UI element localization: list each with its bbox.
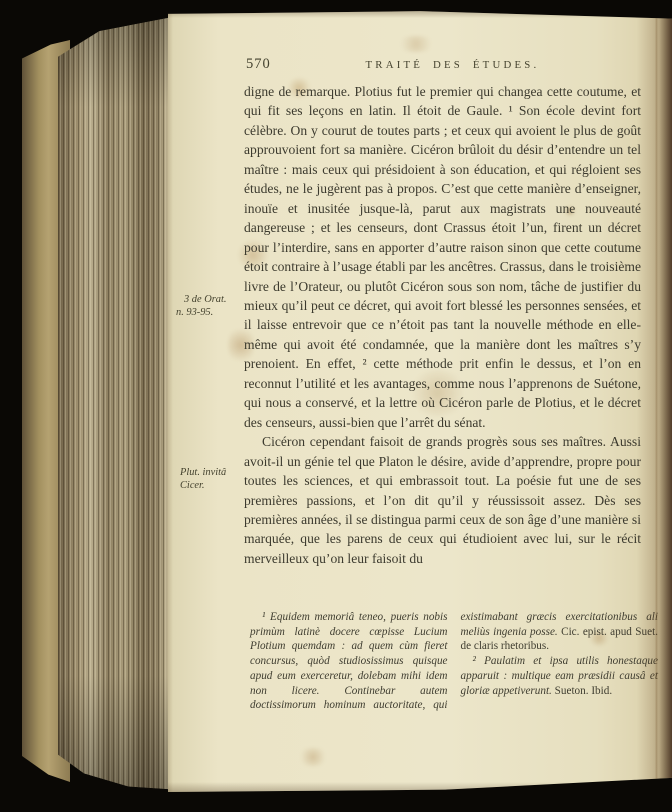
page-header: 570 TRAITÉ DES ÉTUDES. <box>244 56 640 76</box>
foxing-stain <box>298 748 328 766</box>
footnotes: ¹ Equidem memoriâ teneo, pueris nobis pr… <box>250 610 658 713</box>
margin-note-line: Plut. invitâ <box>180 466 242 479</box>
book-page: 570 TRAITÉ DES ÉTUDES. 3 de Orat. n. 93-… <box>168 10 672 792</box>
body-text: digne de remarque. Plotius fut le premie… <box>244 82 641 568</box>
margin-note-line: 3 de Orat. <box>176 293 238 306</box>
margin-note-line: n. 93-95. <box>176 306 238 319</box>
paragraph: digne de remarque. Plotius fut le premie… <box>244 82 641 432</box>
footnote-citation: Sueton. Ibid. <box>555 685 613 697</box>
page-number: 570 <box>246 56 271 73</box>
foxing-stain <box>396 36 436 52</box>
footnote: ² Paulatim et ipsa utilis honestaque app… <box>461 654 659 698</box>
margin-note-citation: Plut. invitâ Cicer. <box>180 466 242 492</box>
margin-note-line: Cicer. <box>180 479 242 492</box>
running-title: TRAITÉ DES ÉTUDES. <box>366 59 540 71</box>
paragraph: Cicéron cependant faisoit de grands prog… <box>244 432 641 568</box>
book-scan: 570 TRAITÉ DES ÉTUDES. 3 de Orat. n. 93-… <box>0 0 672 812</box>
margin-note-citation: 3 de Orat. n. 93-95. <box>176 293 238 319</box>
page-edge-stack <box>58 14 176 792</box>
